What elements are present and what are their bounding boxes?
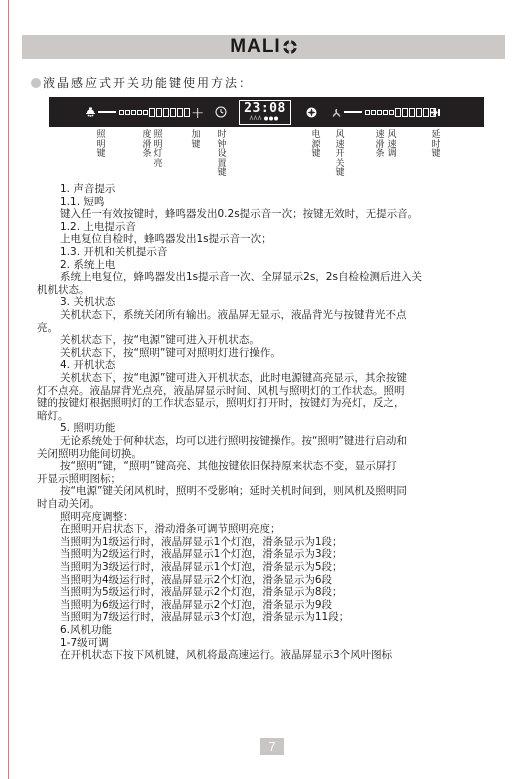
text-line: 机机状态。 xyxy=(37,284,90,297)
label-light-on: 照明灯亮 xyxy=(153,131,163,169)
label-fan-speed: 风速调 xyxy=(387,131,397,160)
label-fan-key: 风速开关键 xyxy=(335,131,345,179)
text-line: 暗灯。 xyxy=(37,410,69,423)
section-title: 液晶感应式开关功能键使用方法： xyxy=(31,74,253,91)
text-line: 关机状态下，按“电源”键可进入开机状态。 xyxy=(60,334,260,347)
text-line: 关闭照明功能间切换。 xyxy=(37,448,142,461)
text-line: 当照明为7级运行时，液晶屏显示3个灯泡，滑条显示为11段； xyxy=(60,611,349,624)
text-line: 在照明开启状态下，滑动滑条可调节照明亮度； xyxy=(60,523,281,536)
power-fan-icon xyxy=(306,97,317,127)
page-margin-line xyxy=(8,0,9,779)
label-speed-slider: 速滑条 xyxy=(375,131,385,160)
display-time: 23:08 xyxy=(244,103,286,115)
text-line: 当照明为2级运行时，液晶屏显示1个灯泡，滑条显示为3段； xyxy=(60,548,343,561)
label-clock-key: 时钟设置键 xyxy=(217,131,227,179)
text-line: 关机状态下，按“照明”键可对照明灯进行操作。 xyxy=(60,347,281,360)
clock-icon xyxy=(215,97,227,127)
text-line: 时自动关闭。 xyxy=(37,498,100,511)
text-line: 6.风机功能 xyxy=(60,624,112,637)
fan-icon xyxy=(331,103,342,122)
text-line: 灯不点亮。液晶屏背光点亮，液晶屏显示时间、风机与照明灯的工作状态。照明 xyxy=(37,385,405,398)
text-line: 键的按键灯根据照明灯的工作状态显示，照明灯打开时，按键灯为亮灯，反之， xyxy=(37,397,405,410)
display-indicators xyxy=(249,115,281,123)
text-line: 开显示照明图标； xyxy=(37,473,121,486)
text-line: 1-7级可调 xyxy=(60,637,109,650)
o-logo-icon xyxy=(283,40,297,54)
label-light-key: 照明键 xyxy=(96,131,106,160)
light-slider-control xyxy=(85,97,191,127)
text-line: 关机状态下，系统关闭所有输出。液晶屏无显示，液晶背光与按键背光不点 xyxy=(60,309,407,322)
text-line: 4. 开机状态 xyxy=(60,359,115,372)
lamp-icon xyxy=(85,103,96,122)
control-panel-diagram: + 23:08 xyxy=(49,97,484,127)
label-power-key: 电源键 xyxy=(311,131,321,160)
text-line: 1. 声音提示 xyxy=(60,183,115,196)
text-line: 键入任一有效按键时，蜂鸣器发出0.2s提示音一次；按键无效时，无提示音。 xyxy=(60,208,418,221)
text-line: 3. 关机状态 xyxy=(60,296,115,309)
text-line: 按“电源”键关闭风机时，照明不受影响；延时关机时间到，则风机及照明同 xyxy=(60,485,407,498)
delay-arrow-icon xyxy=(430,97,441,127)
text-line: 照明亮度调整： xyxy=(60,511,134,524)
page-number: 7 xyxy=(260,738,284,755)
brand-name: MALI xyxy=(230,36,280,58)
label-brightness-slider: 度滑条 xyxy=(142,131,152,160)
label-plus-key: 加键 xyxy=(191,131,201,150)
text-line: 当照明为3级运行时，液晶屏显示1个灯泡，滑条显示为5段； xyxy=(60,561,343,574)
text-line: 无论系统处于何种状态，均可以进行照明按键操作。按“照明”键进行启动和 xyxy=(60,435,407,448)
key-labels: 照明键 度滑条 照明灯亮 加键 时钟设置键 电源键 风速开关键 速滑条 风速调 … xyxy=(0,131,527,181)
text-line: 在开机状态下按下风机键，风机将最高速运行。液晶屏显示3个风叶图标 xyxy=(60,649,392,662)
section-title-text: 液晶感应式开关功能键使用方法： xyxy=(43,74,253,91)
text-line: 1.3. 开机和关机提示音 xyxy=(60,246,167,259)
text-line: 当照明为4级运行时，液晶屏显示2个灯泡，滑条显示为6段 xyxy=(60,574,332,587)
text-line: 上电复位自检时，蜂鸣器发出1s提示音一次； xyxy=(60,233,272,246)
header-bar: MALI xyxy=(22,35,505,59)
bullet-icon xyxy=(31,78,41,88)
brand-logo: MALI xyxy=(230,36,296,58)
text-line: 2. 系统上电 xyxy=(60,259,115,272)
text-line: 系统上电复位，蜂鸣器发出1s提示音一次、全屏显示2s，2s自检检测后进入关 xyxy=(60,271,422,284)
text-line: 1.1. 短鸣 xyxy=(60,196,104,209)
label-delay-key: 延时键 xyxy=(431,131,441,160)
plus-icon: + xyxy=(191,97,204,127)
text-line: 按“照明”键，“照明”键高亮、其他按键依旧保持原来状态不变，显示屏打 xyxy=(60,460,397,473)
text-line: 5. 照明功能 xyxy=(60,422,115,435)
text-line: 当照明为1级运行时，液晶屏显示1个灯泡，滑条显示为1段； xyxy=(60,536,343,549)
fan-speed-slider xyxy=(342,108,437,117)
text-line: 亮。 xyxy=(37,322,58,335)
text-line: 当照明为5级运行时，液晶屏显示2个灯泡，滑条显示为8段； xyxy=(60,586,343,599)
light-brightness-slider xyxy=(96,108,191,117)
text-line: 当照明为6级运行时，液晶屏显示2个灯泡，滑条显示为9段 xyxy=(60,599,332,612)
text-line: 关机状态下，按“电源”键可进入开机状态，此时电源键高亮显示，其余按键 xyxy=(60,372,407,385)
lcd-display: 23:08 xyxy=(239,100,291,125)
fan-slider-control xyxy=(331,97,437,127)
text-line: 1.2. 上电提示音 xyxy=(60,221,136,234)
